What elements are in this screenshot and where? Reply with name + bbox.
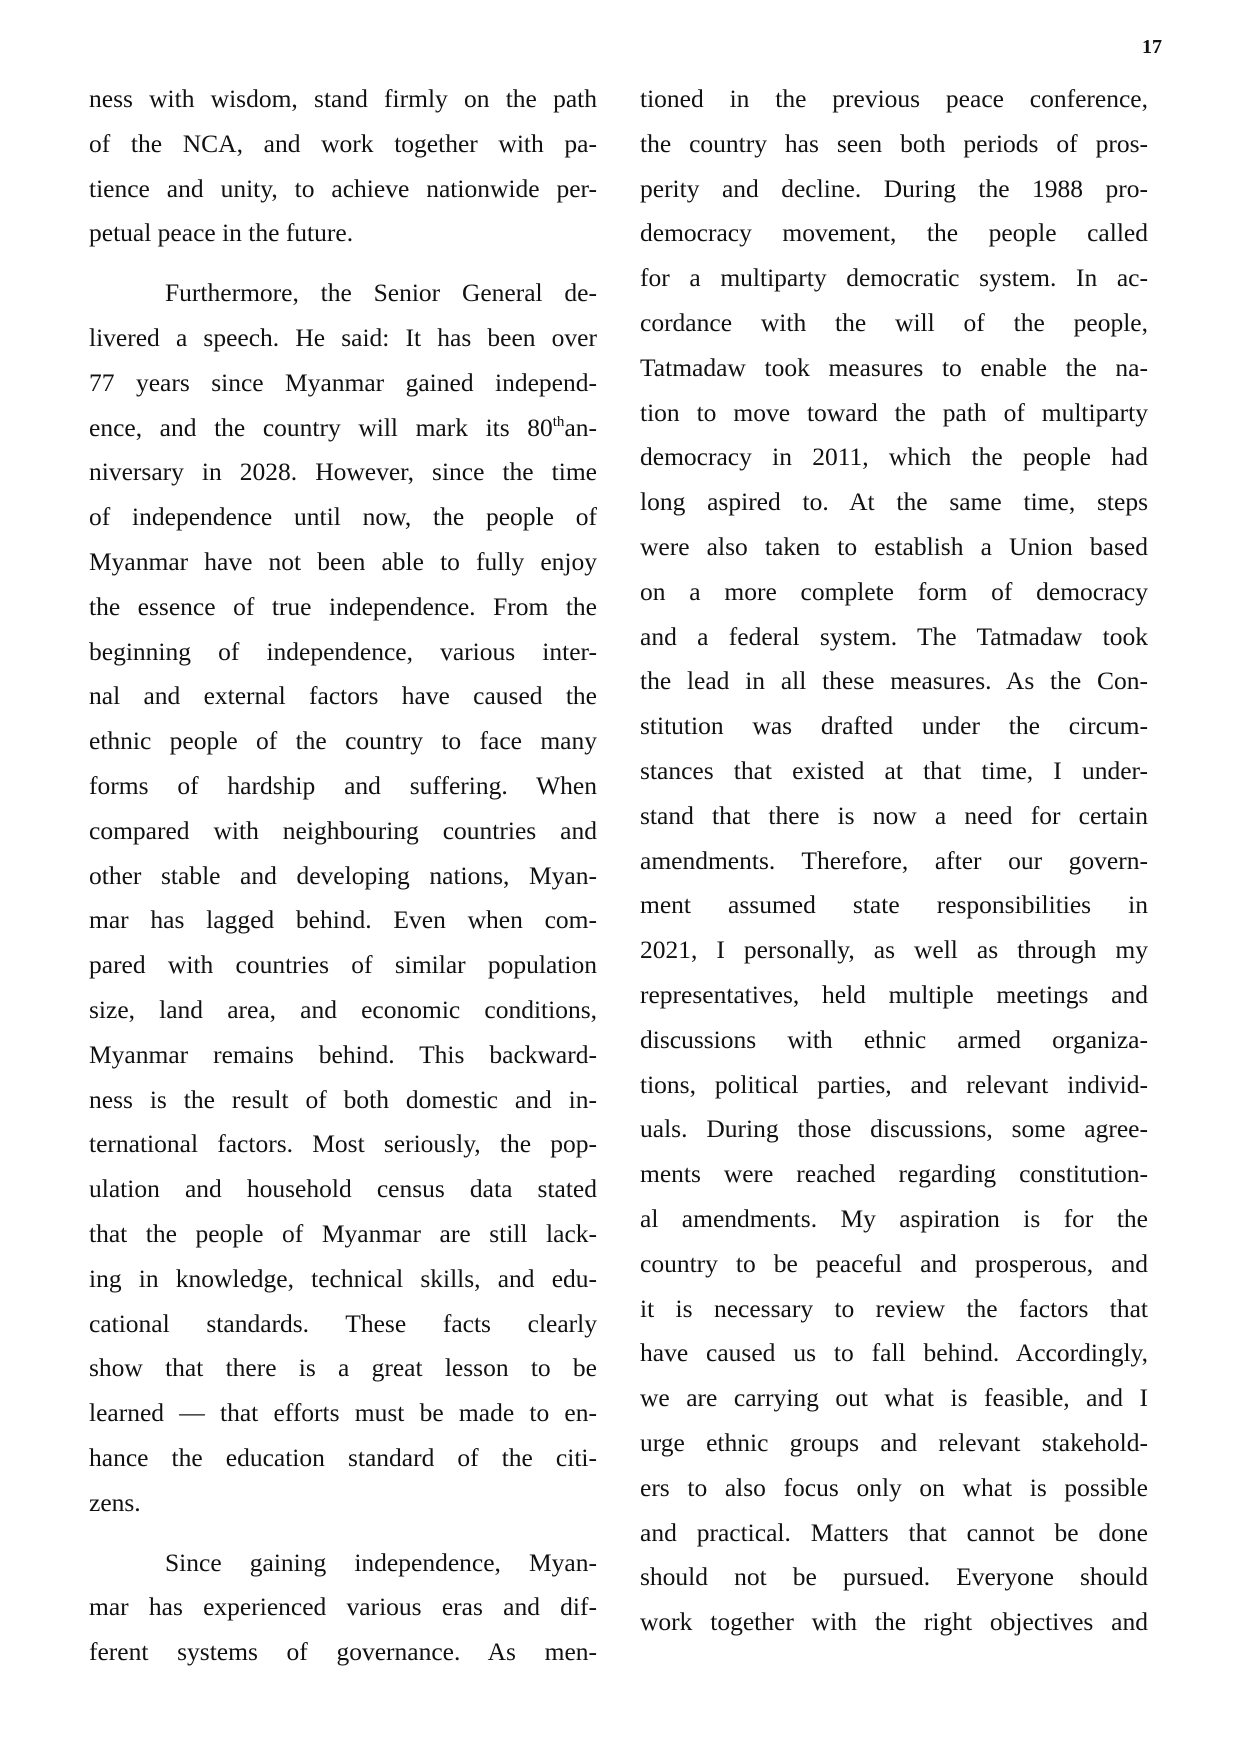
text-line: forms of hardship and suffering. When bbox=[89, 764, 597, 809]
page-number: 17 bbox=[1120, 33, 1162, 61]
text-line: zens. bbox=[89, 1481, 597, 1526]
text-line: perity and decline. During the 1988 pro- bbox=[640, 167, 1148, 212]
text-line: tience and unity, to achieve nationwide … bbox=[89, 167, 597, 212]
text-line: compared with neighbouring countries and bbox=[89, 809, 597, 854]
text-line: the essence of true independence. From t… bbox=[89, 585, 597, 630]
text-line: democracy movement, the people called bbox=[640, 211, 1148, 256]
text-line: ness is the result of both domestic and … bbox=[89, 1078, 597, 1123]
text-line: mar has experienced various eras and dif… bbox=[89, 1585, 597, 1630]
text-line: democracy in 2011, which the people had bbox=[640, 435, 1148, 480]
text-line: of the NCA, and work together with pa- bbox=[89, 122, 597, 167]
text-line: country to be peaceful and prosperous, a… bbox=[640, 1242, 1148, 1287]
line-text-continued: an- bbox=[564, 413, 597, 442]
ordinal-superscript: th bbox=[553, 414, 565, 430]
text-line: other stable and developing nations, Mya… bbox=[89, 854, 597, 899]
text-line: Myanmar remains behind. This backward- bbox=[89, 1033, 597, 1078]
text-line: ing in knowledge, technical skills, and … bbox=[89, 1257, 597, 1302]
text-line: Since gaining independence, Myan- bbox=[89, 1541, 597, 1586]
text-line: on a more complete form of democracy bbox=[640, 570, 1148, 615]
text-line: stand that there is now a need for certa… bbox=[640, 794, 1148, 839]
text-line: and a federal system. The Tatmadaw took bbox=[640, 615, 1148, 660]
text-line: livered a speech. He said: It has been o… bbox=[89, 316, 597, 361]
text-line: Tatmadaw took measures to enable the na- bbox=[640, 346, 1148, 391]
text-line: al amendments. My aspiration is for the bbox=[640, 1197, 1148, 1242]
text-line: show that there is a great lesson to be bbox=[89, 1346, 597, 1391]
text-line: tioned in the previous peace conference, bbox=[640, 77, 1148, 122]
text-line: ulation and household census data stated bbox=[89, 1167, 597, 1212]
text-line: beginning of independence, various inter… bbox=[89, 630, 597, 675]
text-line: cordance with the will of the people, bbox=[640, 301, 1148, 346]
text-line: long aspired to. At the same time, steps bbox=[640, 480, 1148, 525]
text-line: representatives, held multiple meetings … bbox=[640, 973, 1148, 1018]
right-column: tioned in the previous peace conference,… bbox=[640, 77, 1148, 1660]
text-line: for a multiparty democratic system. In a… bbox=[640, 256, 1148, 301]
text-line: petual peace in the future. bbox=[89, 211, 597, 256]
left-column: ness with wisdom, stand firmly on the pa… bbox=[89, 77, 597, 1690]
text-line: nal and external factors have caused the bbox=[89, 674, 597, 719]
text-line: Furthermore, the Senior General de- bbox=[89, 271, 597, 316]
text-line: tions, political parties, and relevant i… bbox=[640, 1063, 1148, 1108]
text-line: were also taken to establish a Union bas… bbox=[640, 525, 1148, 570]
text-line: amendments. Therefore, after our govern- bbox=[640, 839, 1148, 884]
text-line: cational standards. These facts clearly bbox=[89, 1302, 597, 1347]
text-line: ness with wisdom, stand firmly on the pa… bbox=[89, 77, 597, 122]
text-line: of independence until now, the people of bbox=[89, 495, 597, 540]
text-line: the country has seen both periods of pro… bbox=[640, 122, 1148, 167]
text-line: Myanmar have not been able to fully enjo… bbox=[89, 540, 597, 585]
text-line: and practical. Matters that cannot be do… bbox=[640, 1511, 1148, 1556]
text-line: niversary in 2028. However, since the ti… bbox=[89, 450, 597, 495]
text-line: it is necessary to review the factors th… bbox=[640, 1287, 1148, 1332]
text-line: learned — that efforts must be made to e… bbox=[89, 1391, 597, 1436]
text-line: have caused us to fall behind. According… bbox=[640, 1331, 1148, 1376]
text-line: 77 years since Myanmar gained independ- bbox=[89, 361, 597, 406]
text-line: ternational factors. Most seriously, the… bbox=[89, 1122, 597, 1167]
line-text: ence, and the country will mark its 80 bbox=[89, 413, 553, 442]
text-line: should not be pursued. Everyone should bbox=[640, 1555, 1148, 1600]
text-line: ment assumed state responsibilities in bbox=[640, 883, 1148, 928]
text-line: hance the education standard of the citi… bbox=[89, 1436, 597, 1481]
text-line: the lead in all these measures. As the C… bbox=[640, 659, 1148, 704]
text-line-with-superscript: ence, and the country will mark its 80th… bbox=[89, 406, 597, 451]
text-line: ferent systems of governance. As men- bbox=[89, 1630, 597, 1675]
text-line: pared with countries of similar populati… bbox=[89, 943, 597, 988]
text-line: discussions with ethnic armed organiza- bbox=[640, 1018, 1148, 1063]
paragraph-governance-history: tioned in the previous peace conference,… bbox=[640, 77, 1148, 1645]
paragraph-continuation: ness with wisdom, stand firmly on the pa… bbox=[89, 77, 597, 256]
text-line: stitution was drafted under the circum- bbox=[640, 704, 1148, 749]
text-line: that the people of Myanmar are still lac… bbox=[89, 1212, 597, 1257]
text-line: ethnic people of the country to face man… bbox=[89, 719, 597, 764]
text-line: stances that existed at that time, I und… bbox=[640, 749, 1148, 794]
text-line: mar has lagged behind. Even when com- bbox=[89, 898, 597, 943]
text-line: work together with the right objectives … bbox=[640, 1600, 1148, 1645]
paragraph-senior-general-speech: Furthermore, the Senior General de- live… bbox=[89, 271, 597, 1525]
text-line: urge ethnic groups and relevant stakehol… bbox=[640, 1421, 1148, 1466]
text-line: 2021, I personally, as well as through m… bbox=[640, 928, 1148, 973]
text-line: we are carrying out what is feasible, an… bbox=[640, 1376, 1148, 1421]
paragraph-since-independence: Since gaining independence, Myan- mar ha… bbox=[89, 1541, 597, 1675]
text-line: ments were reached regarding constitutio… bbox=[640, 1152, 1148, 1197]
text-line: size, land area, and economic conditions… bbox=[89, 988, 597, 1033]
text-line: uals. During those discussions, some agr… bbox=[640, 1107, 1148, 1152]
text-line: tion to move toward the path of multipar… bbox=[640, 391, 1148, 436]
text-line: ers to also focus only on what is possib… bbox=[640, 1466, 1148, 1511]
